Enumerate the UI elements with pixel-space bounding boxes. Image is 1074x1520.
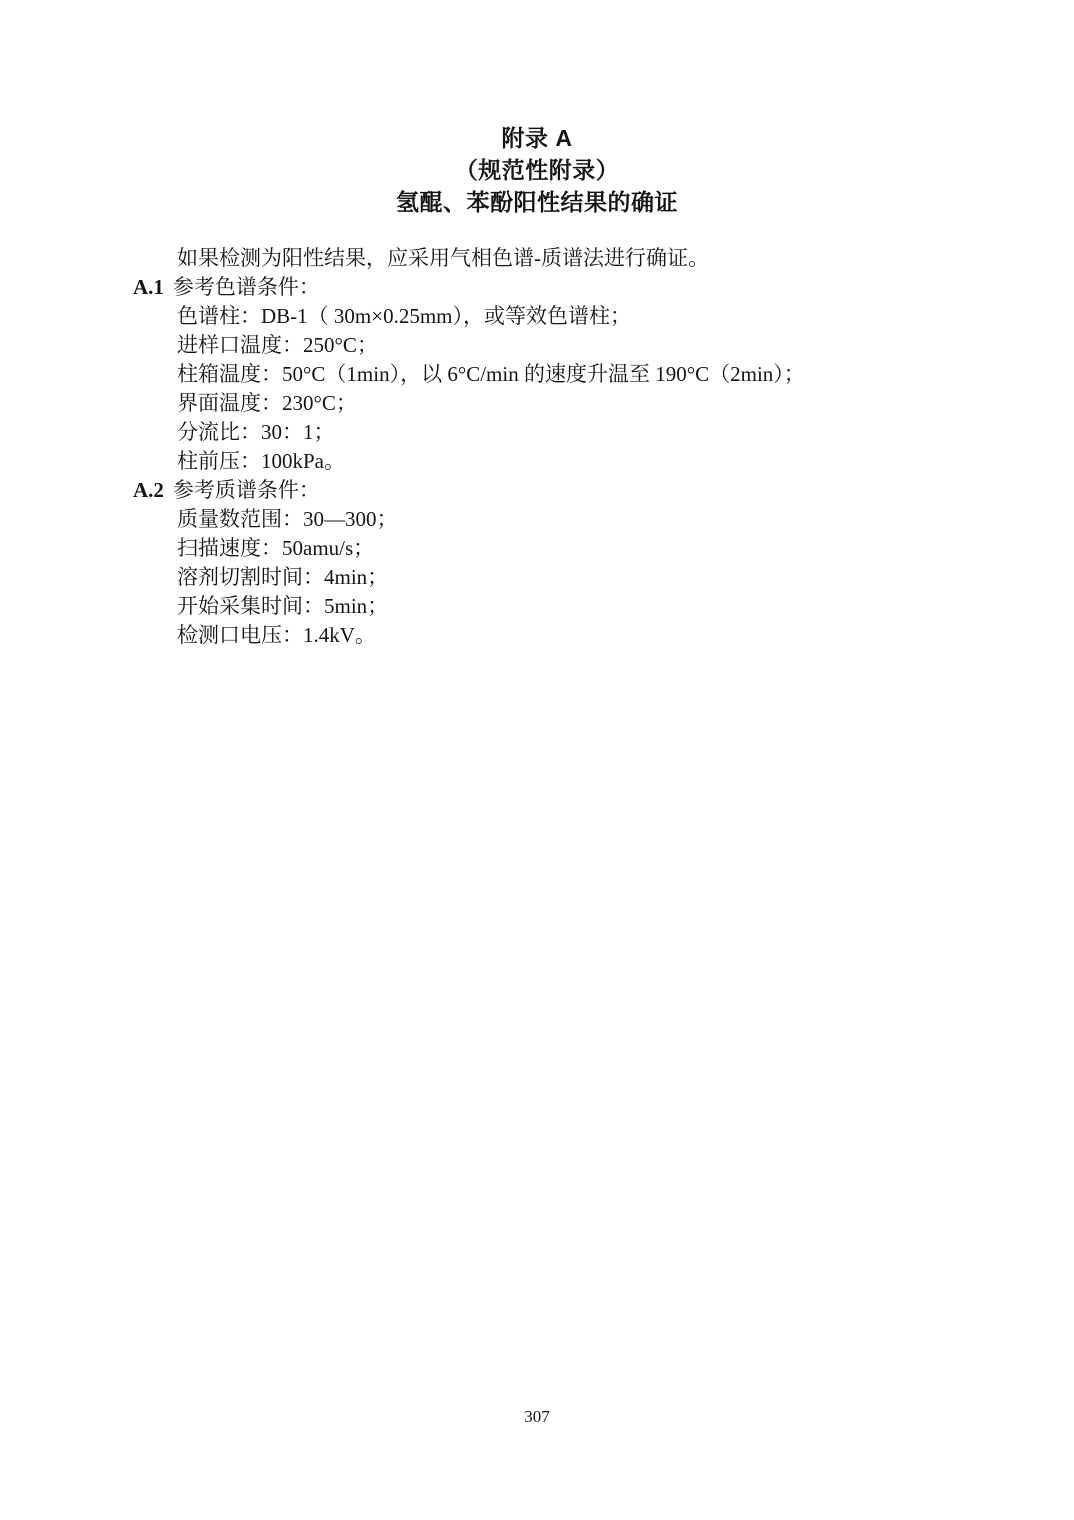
clause-a1-item: 柱箱温度：50°C（1min），以 6°C/min 的速度升温至 190°C（2… [177, 360, 964, 389]
clause-a1-item: 界面温度：230°C； [177, 389, 964, 418]
clause-a2-number: A.2 [133, 478, 164, 502]
clause-a2-item: 开始采集时间：5min； [177, 592, 964, 621]
appendix-title: 氢醌、苯酚阳性结果的确证 [0, 186, 1074, 218]
clause-a2-item: 质量数范围：30—300； [177, 505, 964, 534]
clause-a2-title: 参考质谱条件： [173, 478, 320, 502]
clause-a1-item: 分流比：30：1； [177, 418, 964, 447]
document-page: 附录 A （规范性附录） 氢醌、苯酚阳性结果的确证 如果检测为阳性结果，应采用气… [0, 0, 1074, 1520]
appendix-heading: 附录 A （规范性附录） 氢醌、苯酚阳性结果的确证 [0, 0, 1074, 218]
appendix-normative-note: （规范性附录） [0, 154, 1074, 186]
page-number: 307 [0, 1406, 1074, 1428]
intro-paragraph: 如果检测为阳性结果，应采用气相色谱-质谱法进行确证。 [133, 244, 964, 273]
appendix-label: 附录 A [0, 122, 1074, 154]
clause-a1-title: 参考色谱条件： [173, 275, 320, 299]
clause-a2-item: 检测口电压：1.4kV。 [177, 621, 964, 650]
clause-a1-number: A.1 [133, 275, 164, 299]
clause-a2-item: 溶剂切割时间：4min； [177, 563, 964, 592]
clause-a1-heading: A.1参考色谱条件： [133, 273, 964, 302]
clause-a2-item: 扫描速度：50amu/s； [177, 534, 964, 563]
clause-a1-item: 色谱柱：DB-1（ 30m×0.25mm），或等效色谱柱； [177, 302, 964, 331]
document-body: 如果检测为阳性结果，应采用气相色谱-质谱法进行确证。 A.1参考色谱条件： 色谱… [133, 244, 964, 650]
clause-a1-item: 进样口温度：250°C； [177, 331, 964, 360]
clause-a1-item: 柱前压：100kPa。 [177, 447, 964, 476]
clause-a2-heading: A.2参考质谱条件： [133, 476, 964, 505]
